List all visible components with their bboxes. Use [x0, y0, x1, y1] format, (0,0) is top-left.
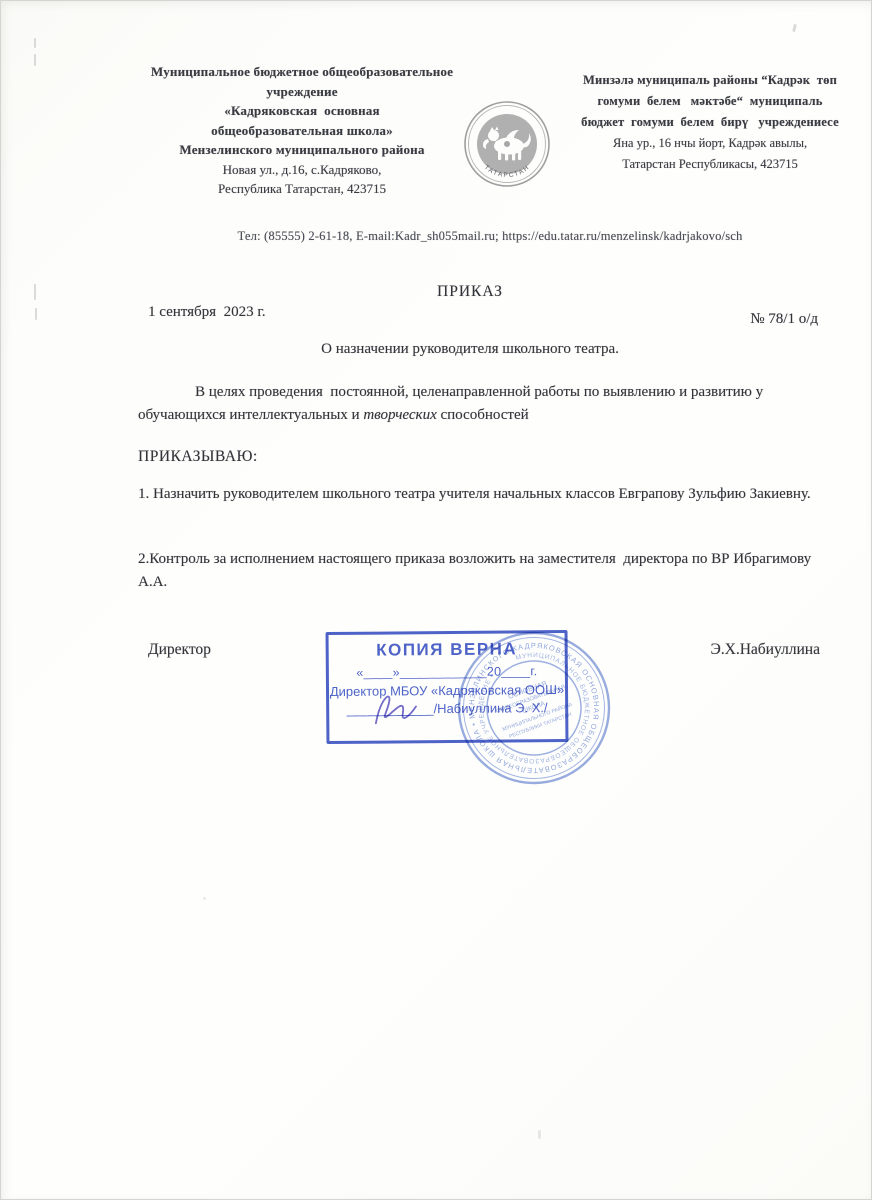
scan-artifact — [34, 54, 36, 66]
org-line: бюджет гомуми белем бирү учреждениесе — [554, 112, 866, 133]
scan-artifact — [34, 284, 36, 300]
handwritten-signature — [366, 688, 430, 728]
order-subject: О назначении руководителя школьного теат… — [70, 341, 870, 358]
org-line: учреждение — [128, 82, 476, 102]
org-line: общеобразовательная школа» — [128, 121, 476, 141]
order-item-2: 2.Контроль за исполнением настоящего при… — [138, 548, 838, 593]
org-address-line: Татарстан Республикасы, 423715 — [554, 154, 866, 175]
org-address-line: Республика Татарстан, 423715 — [128, 179, 476, 199]
scan-artifact — [538, 1130, 541, 1139]
signature-name: Э.Х.Набиуллина — [711, 641, 820, 659]
order-title: ПРИКАЗ — [70, 283, 870, 301]
org-address-line: Новая ул., д.16, с.Кадряково, — [128, 160, 476, 180]
order-date: 1 сентября 2023 г. — [148, 304, 266, 321]
order-number: № 78/1 о/д — [750, 311, 818, 328]
signature-role: Директор — [148, 641, 211, 659]
order-preamble: В целях проведения постоянной, целенапра… — [138, 381, 828, 426]
org-line: гомуми белем мәктәбе“ муниципаль — [554, 91, 866, 112]
preamble-text: способностей — [437, 407, 529, 423]
scanned-document-page: Муниципальное бюджетное общеобразователь… — [0, 0, 872, 1200]
org-name-russian: Муниципальное бюджетное общеобразователь… — [128, 62, 476, 199]
round-official-seal: КАДРЯКОВСКАЯ ОСНОВНАЯ ОБЩЕОБРАЗОВАТЕЛЬНА… — [453, 627, 615, 789]
org-name-tatar: Минзәлә муниципаль районы “Кадрәк төп го… — [554, 70, 866, 175]
org-address-line: Яна ур., 16 нчы йорт, Кадрәк авылы, — [554, 133, 866, 154]
org-line: Минзәлә муниципаль районы “Кадрәк төп — [554, 70, 866, 91]
scan-artifact — [35, 308, 37, 320]
org-line: Муниципальное бюджетное общеобразователь… — [128, 62, 476, 82]
tatarstan-emblem-icon: ТАТАРСТАН — [462, 99, 552, 189]
org-line: «Кадряковская основная — [128, 101, 476, 121]
org-line: Мензелинского муниципального района — [128, 140, 476, 160]
preamble-italic-word: творческих — [363, 407, 436, 423]
scan-artifact — [34, 38, 36, 48]
scan-artifact — [203, 897, 206, 900]
order-item-1: 1. Назначить руководителем школьного теа… — [138, 483, 828, 506]
contact-line: Тел: (85555) 2-61-18, E-mail:Kadr_sh055m… — [120, 229, 860, 244]
scan-artifact — [792, 24, 797, 32]
decree-word: ПРИКАЗЫВАЮ: — [138, 448, 258, 466]
